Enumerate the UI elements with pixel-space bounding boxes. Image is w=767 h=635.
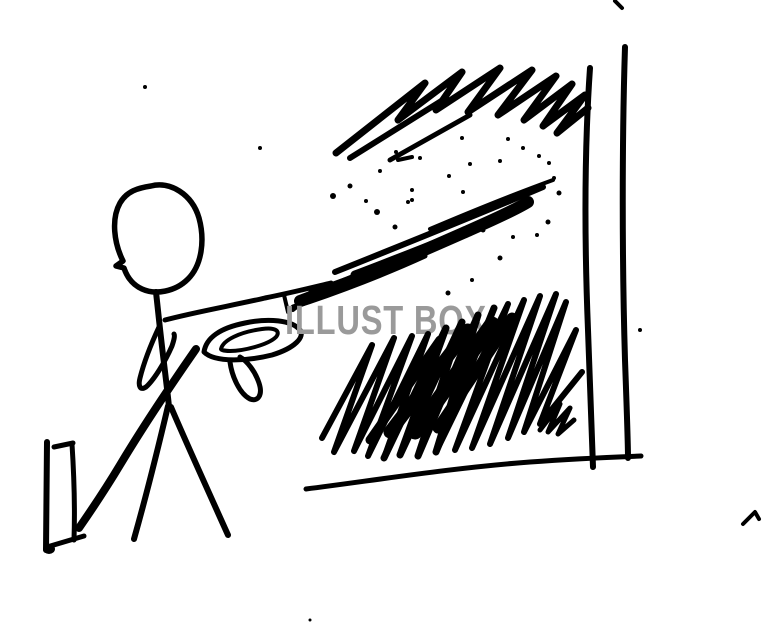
spray-dot bbox=[546, 220, 551, 225]
figure-head bbox=[115, 185, 202, 292]
spray-dot bbox=[406, 200, 410, 204]
spray-dot bbox=[498, 159, 502, 163]
stray-dot bbox=[309, 619, 312, 622]
bucket-ink-blob bbox=[43, 544, 55, 554]
wall-edge-lines bbox=[306, 47, 641, 489]
spray-dot bbox=[418, 156, 422, 160]
stray-dot bbox=[638, 328, 642, 332]
top-scribble bbox=[336, 68, 588, 160]
spray-dot bbox=[364, 199, 368, 203]
spray-dot bbox=[410, 198, 414, 202]
stray-dot bbox=[258, 146, 262, 150]
wall-line-left bbox=[586, 68, 593, 467]
figure-right-leg bbox=[171, 407, 228, 535]
wall-line-right bbox=[623, 47, 628, 458]
spray-dot bbox=[378, 169, 382, 173]
sketch-svg: ILLUST BOX bbox=[0, 0, 767, 635]
spray-jet bbox=[293, 180, 553, 307]
figure-hand-loop-inner bbox=[221, 328, 278, 351]
spray-dot bbox=[498, 256, 503, 261]
spray-dot bbox=[447, 174, 451, 178]
spray-dot bbox=[537, 154, 541, 158]
spray-dot bbox=[446, 291, 451, 296]
paint-bucket bbox=[43, 442, 84, 554]
spray-dot bbox=[521, 146, 525, 150]
spray-dot bbox=[330, 193, 336, 199]
illustration-canvas: ILLUST BOX bbox=[0, 0, 767, 635]
spray-dot bbox=[470, 278, 474, 282]
spray-dot bbox=[468, 162, 472, 166]
bucket-right-wall bbox=[72, 444, 74, 540]
spray-dot bbox=[535, 233, 539, 237]
figure-left-leg bbox=[134, 406, 168, 539]
spray-dot bbox=[393, 225, 398, 230]
spray-dot bbox=[506, 137, 510, 141]
spray-dot bbox=[552, 176, 556, 180]
jet-stroke-6 bbox=[355, 222, 490, 275]
stray-dot bbox=[143, 85, 147, 89]
spray-dot bbox=[374, 209, 380, 215]
bucket-left-wall bbox=[46, 442, 47, 550]
stray-tick-bottom-right bbox=[743, 512, 759, 524]
scribble-lower-stroke-2 bbox=[390, 115, 470, 160]
stray-mark-top-right bbox=[615, 1, 622, 8]
scribble-dash bbox=[398, 157, 412, 160]
spray-dot bbox=[557, 191, 562, 196]
figure-left-arm bbox=[139, 327, 174, 388]
spray-dot bbox=[410, 188, 414, 192]
spray-dot bbox=[511, 235, 515, 239]
spray-dot bbox=[547, 161, 551, 165]
spray-dot bbox=[481, 228, 486, 233]
figure-stick bbox=[79, 349, 196, 528]
spray-dot bbox=[348, 184, 353, 189]
figure-lower-hand bbox=[230, 357, 260, 400]
stick-figure bbox=[79, 185, 331, 539]
spray-dot bbox=[461, 190, 465, 194]
spray-dot bbox=[460, 136, 464, 140]
